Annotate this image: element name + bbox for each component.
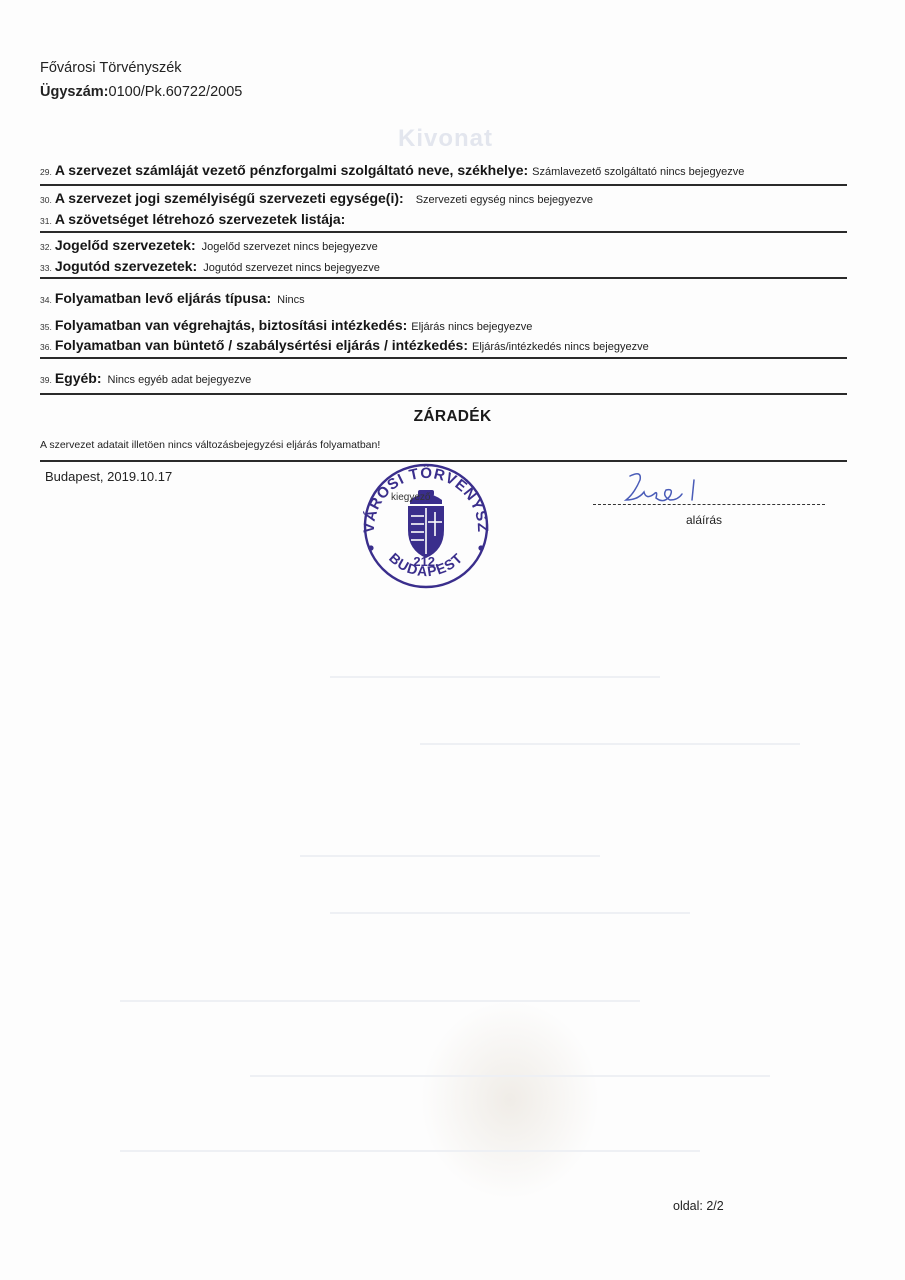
field-label: Folyamatban levő eljárás típusa:: [55, 290, 271, 306]
field-row-36: 36.Folyamatban van büntető / szabálysért…: [40, 337, 649, 355]
field-number: 34.: [40, 295, 52, 305]
field-value: Nincs egyéb adat bejegyezve: [108, 374, 252, 386]
field-label: Egyéb:: [55, 370, 102, 386]
bleed-through-line: [330, 676, 660, 678]
court-stamp: FŐVÁROSI TÖRVÉNYSZÉK BUDAPEST 212.: [356, 460, 496, 595]
court-name: Fővárosi Törvényszék: [40, 60, 182, 76]
field-number: 32.: [40, 242, 52, 252]
field-label: Folyamatban van végrehajtás, biztosítási…: [55, 317, 407, 333]
divider: [40, 357, 847, 359]
field-number: 30.: [40, 195, 52, 205]
field-label: Folyamatban van büntető / szabálysértési…: [55, 337, 468, 353]
divider: [40, 393, 847, 395]
paper-stain: [420, 1000, 600, 1200]
field-number: 29.: [40, 167, 52, 177]
stamp-overlapped-text: kiegyező: [391, 492, 430, 503]
case-number-label: Ügyszám:: [40, 84, 109, 100]
field-value: Eljárás/intézkedés nincs bejegyezve: [472, 341, 649, 353]
field-value: Eljárás nincs bejegyezve: [411, 321, 532, 333]
field-label: Jogutód szervezetek:: [55, 258, 197, 274]
field-row-39: 39.Egyéb:Nincs egyéb adat bejegyezve: [40, 370, 251, 388]
page-number: oldal: 2/2: [673, 1199, 724, 1213]
court-stamp-seal-icon: FŐVÁROSI TÖRVÉNYSZÉK BUDAPEST 212.: [356, 460, 496, 590]
field-label: Jogelőd szervezetek:: [55, 237, 196, 253]
bleed-through-line: [330, 912, 690, 914]
case-number-value: 0100/Pk.60722/2005: [109, 84, 243, 100]
field-label: A szervezet jogi személyiségű szervezeti…: [55, 190, 404, 206]
divider: [40, 277, 847, 279]
field-number: 36.: [40, 342, 52, 352]
field-value: Számlavezető szolgáltató nincs bejegyezv…: [532, 166, 744, 178]
field-number: 39.: [40, 375, 52, 385]
field-label: A szövetséget létrehozó szervezetek list…: [55, 211, 346, 227]
field-row-31: 31.A szövetséget létrehozó szervezetek l…: [40, 211, 349, 229]
signature-line: [593, 504, 825, 505]
field-number: 33.: [40, 263, 52, 273]
signature: [612, 470, 722, 515]
field-row-32: 32.Jogelőd szervezetek:Jogelőd szervezet…: [40, 237, 378, 255]
field-label: A szervezet számláját vezető pénzforgalm…: [55, 162, 528, 178]
field-row-29: 29.A szervezet számláját vezető pénzforg…: [40, 162, 744, 180]
svg-text:212.: 212.: [413, 554, 438, 569]
clause-title: ZÁRADÉK: [0, 408, 905, 426]
divider: [40, 231, 847, 233]
bleed-through-line: [250, 1075, 770, 1077]
signature-label: aláírás: [686, 513, 722, 527]
bleed-through-line: [120, 1150, 700, 1152]
divider: [40, 184, 847, 186]
field-row-35: 35.Folyamatban van végrehajtás, biztosít…: [40, 317, 532, 335]
field-value: Jogelőd szervezet nincs bejegyezve: [202, 241, 378, 253]
field-value: Jogutód szervezet nincs bejegyezve: [203, 262, 380, 274]
bleed-through-title: Kivonat: [398, 125, 493, 153]
field-row-30: 30.A szervezet jogi személyiségű szervez…: [40, 190, 593, 208]
case-number: Ügyszám:0100/Pk.60722/2005: [40, 84, 242, 100]
field-row-33: 33.Jogutód szervezetek:Jogutód szervezet…: [40, 258, 380, 276]
place-and-date: Budapest, 2019.10.17: [45, 469, 172, 484]
bleed-through-line: [120, 1000, 640, 1002]
field-row-34: 34.Folyamatban levő eljárás típusa:Nincs: [40, 290, 305, 308]
bleed-through-line: [300, 855, 600, 857]
field-value: Szervezeti egység nincs bejegyezve: [416, 194, 593, 206]
field-number: 35.: [40, 322, 52, 332]
clause-text: A szervezet adatait illetöen nincs válto…: [40, 439, 380, 451]
field-value: Nincs: [277, 294, 305, 306]
field-number: 31.: [40, 216, 52, 226]
bleed-through-line: [420, 743, 800, 745]
